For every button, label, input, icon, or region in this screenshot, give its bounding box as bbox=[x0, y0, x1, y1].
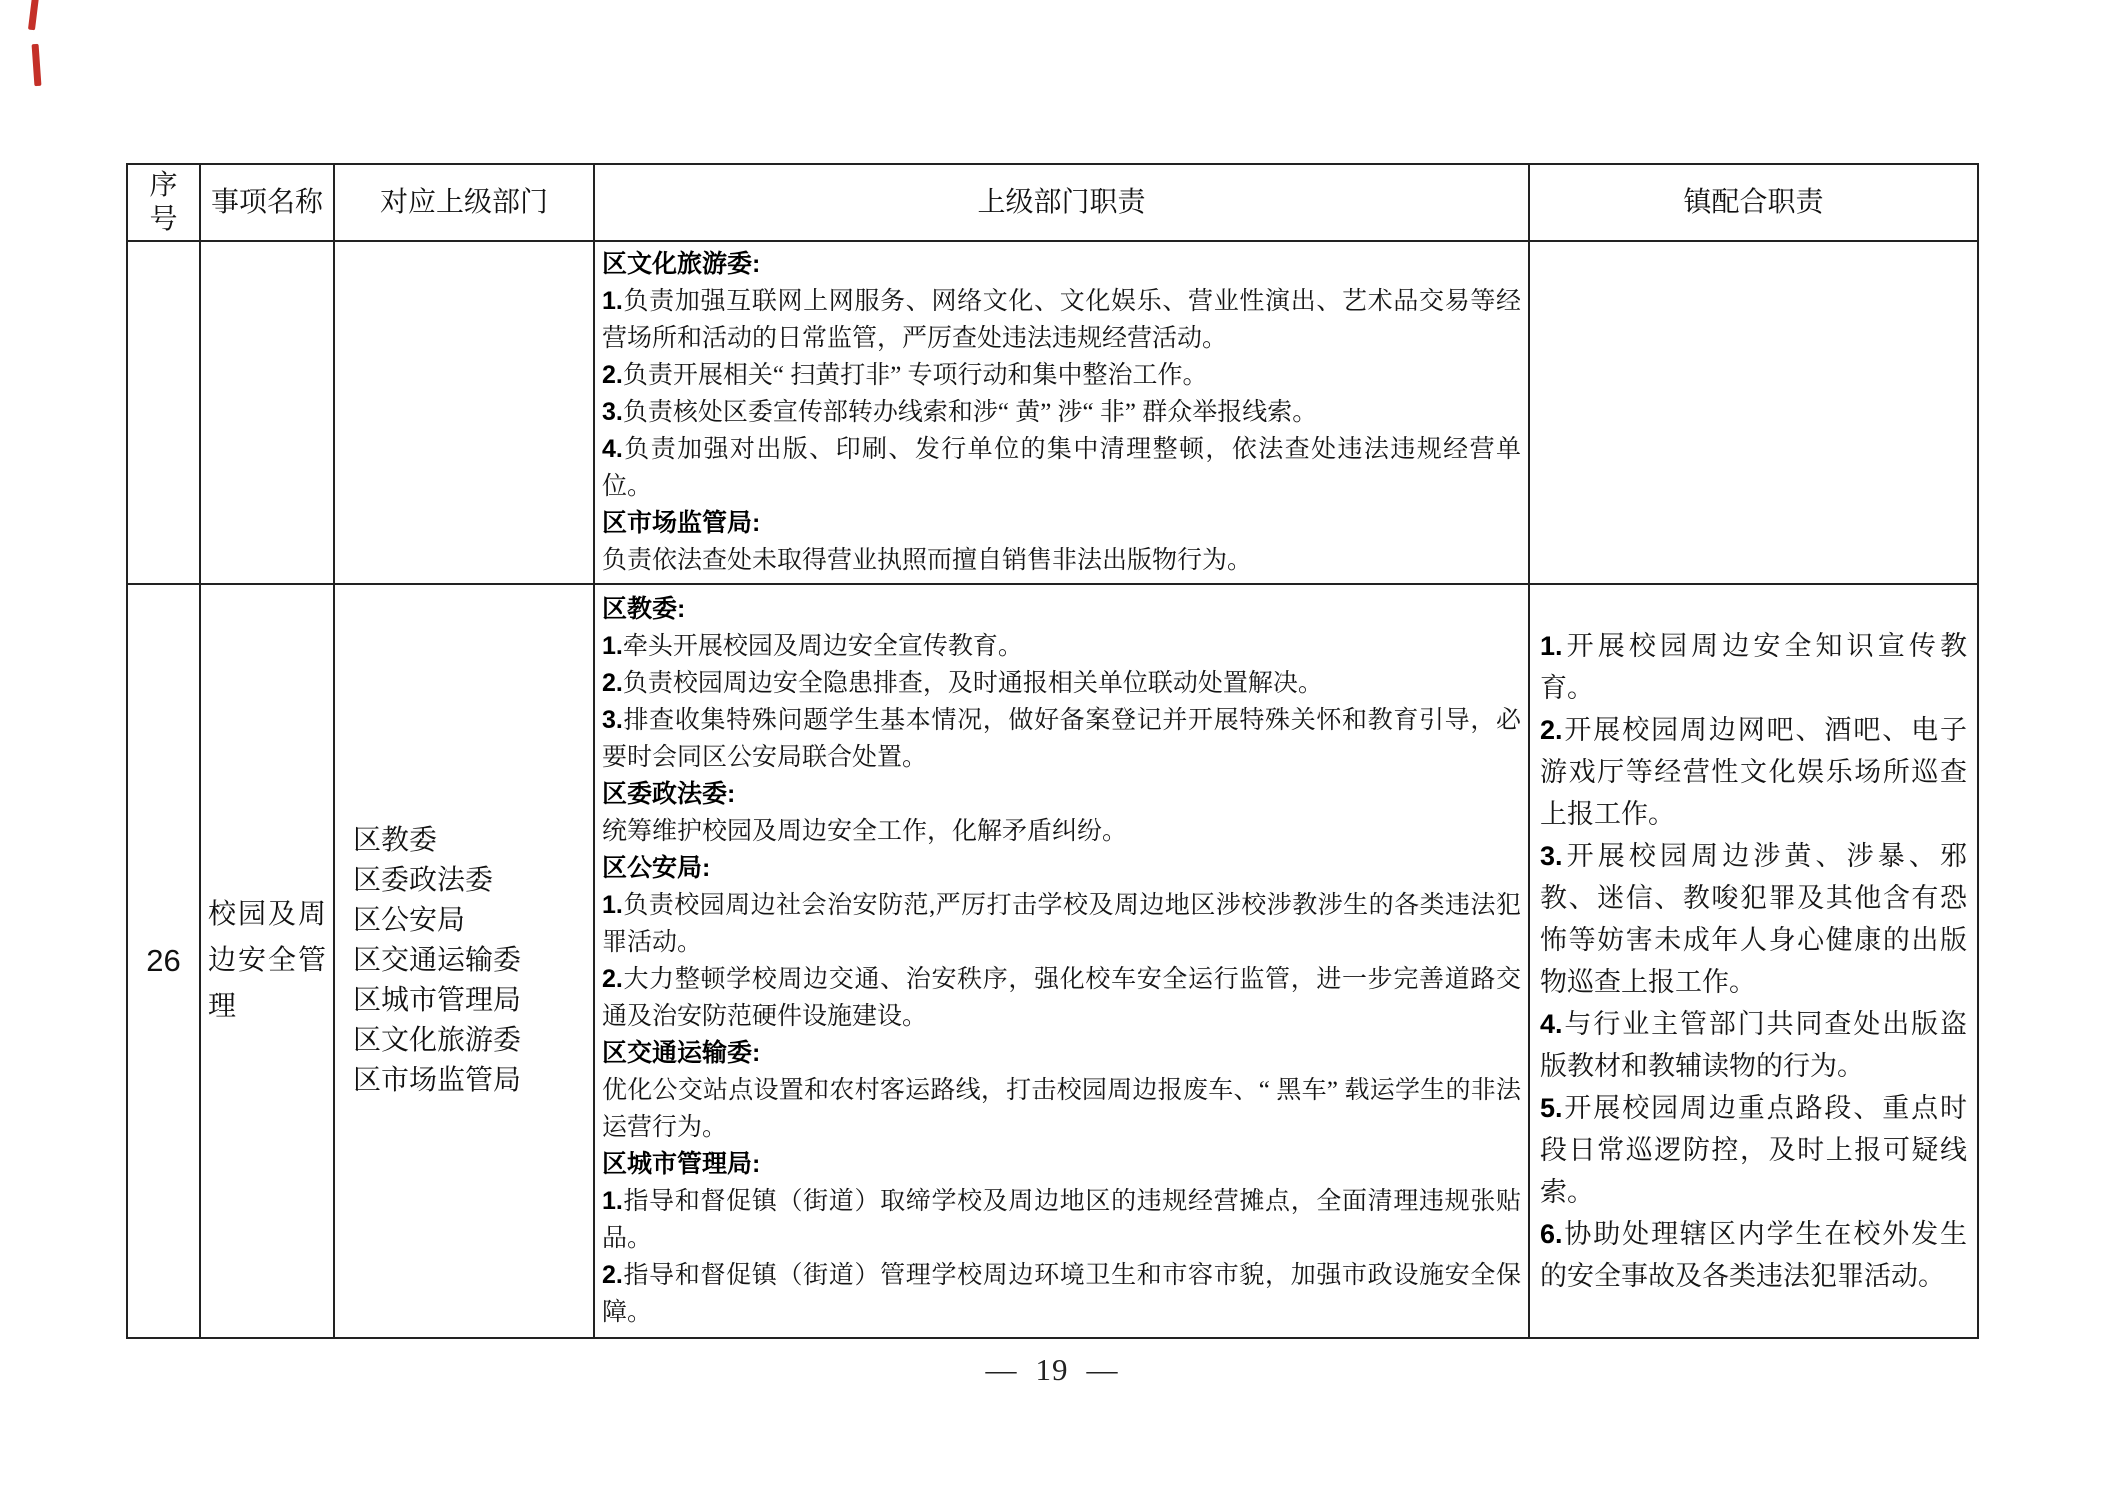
department-line: 区公安局 bbox=[353, 901, 587, 941]
duty-paragraph: 1.牵头开展校园及周边安全宣传教育。 bbox=[602, 628, 1521, 665]
cell-town-duties-empty bbox=[1529, 241, 1978, 584]
duty-paragraph: 优化公交站点设置和农村客运路线，打击校园周边报废车、“ 黑车” 载运学生的非法运… bbox=[602, 1072, 1521, 1146]
duty-paragraph: 区城市管理局: bbox=[602, 1146, 1521, 1183]
duty-paragraph: 3.开展校园周边涉黄、涉暴、邪教、迷信、教唆犯罪及其他含有恐怖等妨害未成年人身心… bbox=[1540, 835, 1967, 1003]
cell-departments-empty bbox=[334, 241, 594, 584]
cell-serial-number: 26 bbox=[127, 584, 200, 1338]
duty-paragraph: 区文化旅游委: bbox=[602, 246, 1521, 283]
cell-town-duties: 1.开展校园周边安全知识宣传教育。2.开展校园周边网吧、酒吧、电子游戏厅等经营性… bbox=[1529, 584, 1978, 1338]
table-row-item-26: 26 校园及周边安全管理 区教委区委政法委区公安局区交通运输委区城市管理局区文化… bbox=[127, 584, 1978, 1338]
header-serial-number: 序 号 bbox=[127, 164, 200, 241]
cell-departments: 区教委区委政法委区公安局区交通运输委区城市管理局区文化旅游委区市场监管局 bbox=[334, 584, 594, 1338]
duty-paragraph: 2.开展校园周边网吧、酒吧、电子游戏厅等经营性文化娱乐场所巡查上报工作。 bbox=[1540, 709, 1967, 835]
duty-paragraph: 4.与行业主管部门共同查处出版盗版教材和教辅读物的行为。 bbox=[1540, 1003, 1967, 1087]
page-number-dash-right: — bbox=[1087, 1352, 1119, 1387]
duty-paragraph: 2.指导和督促镇（街道）管理学校周边环境卫生和市容市貌，加强市政设施安全保障。 bbox=[602, 1257, 1521, 1331]
duty-paragraph: 区委政法委: bbox=[602, 776, 1521, 813]
duty-paragraph: 负责依法查处未取得营业执照而擅自销售非法出版物行为。 bbox=[602, 542, 1521, 579]
duty-paragraph: 3.排查收集特殊问题学生基本情况，做好备案登记并开展特殊关怀和教育引导，必要时会… bbox=[602, 702, 1521, 776]
department-line: 区城市管理局 bbox=[353, 981, 587, 1021]
department-line: 区委政法委 bbox=[353, 861, 587, 901]
page-number-dash-left: — bbox=[986, 1352, 1018, 1387]
department-line: 区交通运输委 bbox=[353, 941, 587, 981]
cell-item-name-empty bbox=[200, 241, 334, 584]
cell-serial-empty bbox=[127, 241, 200, 584]
page-number-value: 19 bbox=[1036, 1352, 1069, 1387]
department-line: 区市场监管局 bbox=[353, 1061, 587, 1101]
duty-paragraph: 1.开展校园周边安全知识宣传教育。 bbox=[1540, 625, 1967, 709]
header-superior-department: 对应上级部门 bbox=[334, 164, 594, 241]
department-line: 区教委 bbox=[353, 821, 587, 861]
table-header-row: 序 号 事项名称 对应上级部门 上级部门职责 镇配合职责 bbox=[127, 164, 1978, 241]
duty-paragraph: 2.负责开展相关“ 扫黄打非” 专项行动和集中整治工作。 bbox=[602, 357, 1521, 394]
document-page: 序 号 事项名称 对应上级部门 上级部门职责 镇配合职责 区文化旅游委:1.负责… bbox=[0, 0, 2104, 1488]
responsibility-table: 序 号 事项名称 对应上级部门 上级部门职责 镇配合职责 区文化旅游委:1.负责… bbox=[126, 163, 1979, 1339]
duty-paragraph: 1.负责校园周边社会治安防范,严厉打击学校及周边地区涉校涉教涉生的各类违法犯罪活… bbox=[602, 887, 1521, 961]
duty-paragraph: 1.负责加强互联网上网服务、网络文化、文化娱乐、营业性演出、艺术品交易等经营场所… bbox=[602, 283, 1521, 357]
header-superior-duties: 上级部门职责 bbox=[594, 164, 1529, 241]
duty-paragraph: 2.负责校园周边安全隐患排查，及时通报相关单位联动处置解决。 bbox=[602, 665, 1521, 702]
duty-paragraph: 1.指导和督促镇（街道）取缔学校及周边地区的违规经营摊点，全面清理违规张贴品。 bbox=[602, 1183, 1521, 1257]
cell-item-name: 校园及周边安全管理 bbox=[200, 584, 334, 1338]
duty-paragraph: 5.开展校园周边重点路段、重点时段日常巡逻防控，及时上报可疑线索。 bbox=[1540, 1087, 1967, 1213]
header-town-duties: 镇配合职责 bbox=[1529, 164, 1978, 241]
red-edge-mark bbox=[32, 44, 42, 86]
duty-paragraph: 区教委: bbox=[602, 591, 1521, 628]
duty-paragraph: 区市场监管局: bbox=[602, 505, 1521, 542]
cell-superior-duties: 区文化旅游委:1.负责加强互联网上网服务、网络文化、文化娱乐、营业性演出、艺术品… bbox=[594, 241, 1529, 584]
cell-superior-duties: 区教委:1.牵头开展校园及周边安全宣传教育。2.负责校园周边安全隐患排查，及时通… bbox=[594, 584, 1529, 1338]
duty-paragraph: 6.协助处理辖区内学生在校外发生的安全事故及各类违法犯罪活动。 bbox=[1540, 1213, 1967, 1297]
header-item-name: 事项名称 bbox=[200, 164, 334, 241]
duty-paragraph: 2.大力整顿学校周边交通、治安秩序，强化校车安全运行监管，进一步完善道路交通及治… bbox=[602, 961, 1521, 1035]
table-row-continuation: 区文化旅游委:1.负责加强互联网上网服务、网络文化、文化娱乐、营业性演出、艺术品… bbox=[127, 241, 1978, 584]
duty-paragraph: 统筹维护校园及周边安全工作，化解矛盾纠纷。 bbox=[602, 813, 1521, 850]
department-line: 区文化旅游委 bbox=[353, 1021, 587, 1061]
duty-paragraph: 区交通运输委: bbox=[602, 1035, 1521, 1072]
red-edge-mark bbox=[28, 0, 39, 30]
duty-paragraph: 4.负责加强对出版、印刷、发行单位的集中清理整顿，依法查处违法违规经营单位。 bbox=[602, 431, 1521, 505]
header-serial-line1: 序 bbox=[128, 169, 199, 203]
duty-paragraph: 区公安局: bbox=[602, 850, 1521, 887]
page-number: —19— bbox=[0, 1352, 2104, 1388]
duty-paragraph: 3.负责核处区委宣传部转办线索和涉“ 黄” 涉“ 非” 群众举报线索。 bbox=[602, 394, 1521, 431]
header-serial-line2: 号 bbox=[128, 203, 199, 237]
